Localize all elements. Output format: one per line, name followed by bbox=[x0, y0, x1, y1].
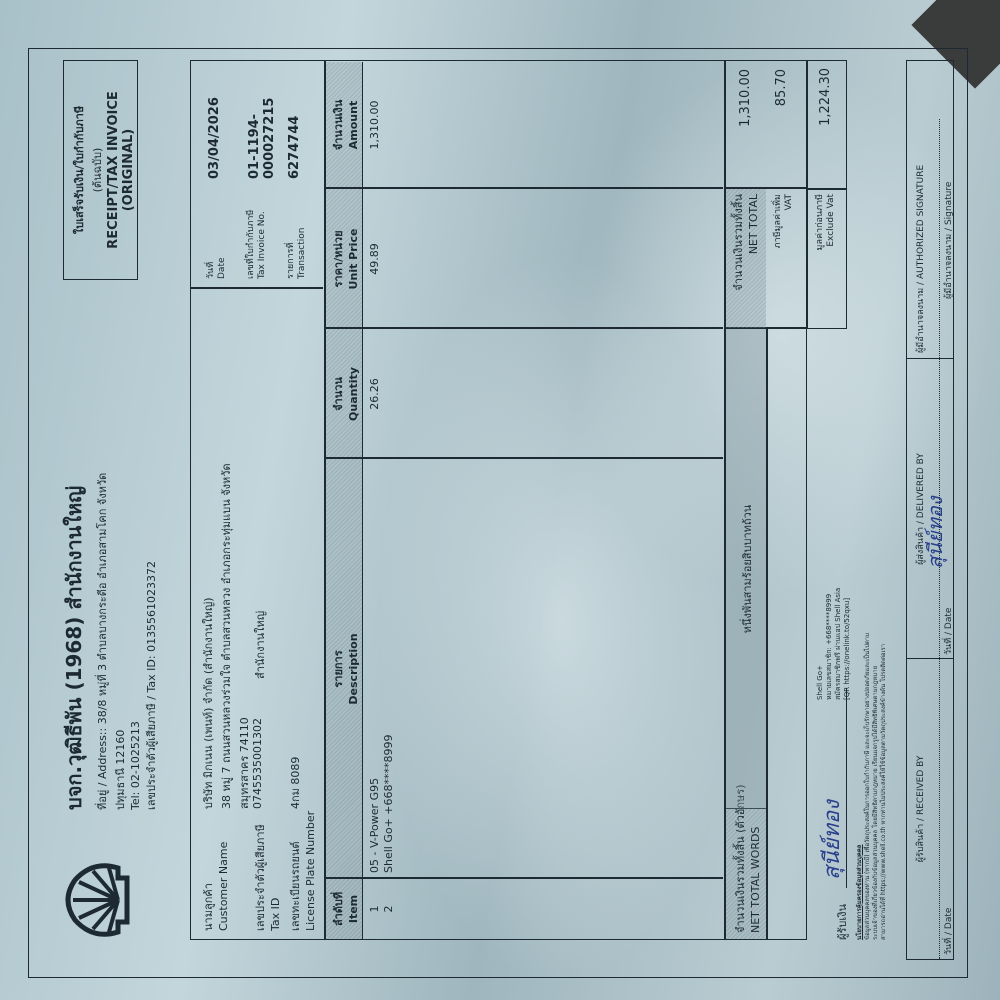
invoice-label-en: Tax Invoice No. bbox=[257, 210, 267, 279]
delivered-by-box: ผู้ส่งสินค้า / DELIVERED BY สุนีย์ทอง วั… bbox=[907, 358, 953, 659]
header-amount-th: จำนวนเงิน bbox=[329, 61, 347, 189]
txn-label-th: รายการที่ bbox=[283, 228, 297, 280]
cell-unit-price: 49.89 bbox=[368, 189, 381, 329]
authorized-label: ผู้มีอำนาจลงนาม / AUTHORIZED SIGNATURE bbox=[913, 165, 927, 353]
cell-item: 2 bbox=[382, 879, 395, 939]
cell-amount: 1,310.00 bbox=[368, 61, 381, 189]
date-value: 03/04/2026 bbox=[207, 97, 222, 179]
header-description-th: รายการ bbox=[329, 459, 347, 879]
doc-title-th: ใบเสร็จรับเงิน/ใบกำกับภาษี bbox=[70, 61, 88, 279]
customer-box: นามลูกค้า Customer Name บริษัท มิกเนน (เ… bbox=[190, 60, 325, 940]
exclude-vat-box: มูลค่าก่อนภาษี Exclude Vat 1,224.30 bbox=[807, 60, 847, 329]
privacy-notice: นโยบายการคุ้มครองข้อมูลส่วนบุคคล ข้อมูลส… bbox=[856, 60, 888, 940]
txn-label-en: Transaction bbox=[297, 228, 307, 280]
plate-label-th: เลขทะเบียนรถยนต์ bbox=[286, 801, 304, 931]
shell-logo-icon bbox=[63, 860, 133, 940]
privacy-text: ระบบเจ้าของที่เกี่ยวข้องกับข้อมูลส่วนบุค… bbox=[872, 60, 880, 940]
plate-label-en: License Plate Number bbox=[304, 801, 317, 931]
received-date-label: วันที่ / Date bbox=[941, 908, 955, 955]
excl-value: 1,224.30 bbox=[818, 68, 833, 188]
header-unit-price-th: ราคา/หน่วย bbox=[329, 189, 347, 329]
receiver-signature: สุนีย์ทอง bbox=[814, 800, 849, 880]
header-item-th: ลำดับที่ bbox=[329, 879, 347, 939]
company-province: ปทุมธานี 12160 bbox=[111, 250, 129, 810]
customer-name-value: บริษัท มิกเนน (เพนท์) จำกัด (สำนักงานใหญ… bbox=[199, 249, 217, 809]
privacy-title: นโยบายการคุ้มครองข้อมูลส่วนบุคคล bbox=[856, 60, 864, 940]
customer-taxid-label-th: เลขประจำตัวผู้เสียภาษี bbox=[251, 811, 269, 931]
excl-label-th: มูลค่าก่อนภาษี bbox=[812, 194, 826, 324]
privacy-text: ข้อมูลส่วนบุคคลของท่าน (หากมี) เพื่อวัตถ… bbox=[864, 60, 872, 940]
net-label-en: NET TOTAL bbox=[747, 194, 760, 324]
header-quantity-th: จำนวน bbox=[329, 329, 347, 459]
doc-title-en: RECEIPT/TAX INVOICE bbox=[106, 61, 121, 279]
words-value: หนึ่งพันสามร้อยสิบบาทถ้วน bbox=[738, 329, 756, 809]
header-quantity-en: Quantity bbox=[347, 329, 360, 459]
customer-branch-value: สำนักงานใหญ่ bbox=[251, 611, 269, 679]
date-label-th: วันที่ bbox=[203, 257, 217, 279]
received-by-box: ผู้รับสินค้า / RECEIVED BY วันที่ / Date bbox=[907, 658, 953, 959]
cell-quantity: 26.26 bbox=[368, 329, 381, 459]
company-address: ที่อยู่ / Address:: 38/8 หมู่ที่ 3 ตำบลบ… bbox=[93, 250, 111, 810]
receiver-label: ผู้รับเงิน bbox=[833, 904, 851, 940]
receipt-sheet: บจก.วุฒิธีพัน (1968) สำนักงานใหญ่ ที่อยู… bbox=[18, 40, 978, 1000]
vat-label-th: ภาษีมูลค่าเพิ่ม bbox=[770, 194, 784, 324]
col-divider bbox=[326, 188, 723, 190]
shell-go-title: Shell Go+ bbox=[816, 588, 825, 700]
shell-go-info: Shell Go+ หมายเลขสมาชิก: +668****8999 สม… bbox=[816, 588, 852, 700]
company-tax-id: เลขประจำตัวผู้เสียภาษี / Tax ID: 0135561… bbox=[142, 250, 160, 810]
customer-name-label-th: นามลูกค้า bbox=[199, 821, 217, 931]
vat-label-en: VAT bbox=[784, 194, 794, 324]
header-unit-price-en: Unit Price bbox=[347, 189, 360, 329]
authorized-box: ผู้มีอำนาจลงนาม / AUTHORIZED SIGNATURE ผ… bbox=[907, 61, 953, 359]
date-label-en: Date bbox=[217, 257, 227, 279]
delivered-signature: สุนีย์ทอง bbox=[919, 496, 951, 569]
signature-section: ผู้รับสินค้า / RECEIVED BY วันที่ / Date… bbox=[906, 60, 954, 960]
customer-address-value: 38 หมู่ 7 ถนนสวนหลวงร่วมใจ ตำบลสวนหลวง อ… bbox=[217, 249, 235, 809]
header-amount-en: Amount bbox=[347, 61, 360, 189]
cell-item: 1 bbox=[368, 879, 381, 939]
plate-value: 4กม 8089 bbox=[286, 757, 304, 809]
delivered-date-label: วันที่ / Date bbox=[941, 608, 955, 655]
company-name: บจก.วุฒิธีพัน (1968) สำนักงานใหญ่ bbox=[58, 250, 90, 810]
customer-taxid-value: 0745535001302 bbox=[251, 718, 264, 809]
doc-title-box: ใบเสร็จรับเงิน/ใบกำกับภาษี (ต้นฉบับ) REC… bbox=[63, 60, 138, 280]
customer-name-label-en: Customer Name bbox=[217, 821, 230, 931]
customer-divider bbox=[191, 288, 323, 290]
privacy-text: สามารถอ่านได้ที่ https://www.shell.co.th… bbox=[880, 60, 888, 940]
company-info: บจก.วุฒิธีพัน (1968) สำนักงานใหญ่ ที่อยู… bbox=[58, 250, 160, 810]
net-label-th: จำนวนเงินรวมทั้งสิ้น bbox=[729, 194, 747, 324]
company-tel: Tel: 02-1025213 bbox=[129, 250, 142, 810]
doc-title-en-sub: (ORIGINAL) bbox=[121, 61, 136, 279]
invoice-value: 01-1194-000027215 bbox=[247, 61, 277, 179]
excl-label-en: Exclude Vat bbox=[826, 194, 836, 324]
authorized-signature-label: ผู้มีอำนาจลงนาม / Signature bbox=[941, 182, 955, 299]
totals-section: จำนวนเงินรวมทั้งสิ้น (ตัวอักษร) NET TOTA… bbox=[725, 60, 807, 940]
header-item-en: Item bbox=[347, 879, 360, 939]
cell-description: 05 - V-Power G95 bbox=[368, 463, 381, 873]
shell-go-qr-link: [QR https://onelink.to/52qxu] bbox=[843, 588, 852, 700]
received-by-label: ผู้รับสินค้า / RECEIVED BY bbox=[913, 659, 927, 959]
doc-title-th-sub: (ต้นฉบับ) bbox=[88, 61, 106, 279]
cell-description: Shell Go+ +668****8999 bbox=[382, 463, 395, 873]
txn-value: 6274744 bbox=[287, 116, 302, 179]
col-divider bbox=[326, 458, 723, 460]
invoice-label-th: เลขที่ใบกำกับภาษี bbox=[243, 210, 257, 279]
shell-go-signup: สมัครสมาชิกฟรี ผ่านแอป Shell Asia bbox=[834, 588, 843, 700]
customer-taxid-label-en: Tax ID bbox=[269, 811, 282, 931]
col-divider bbox=[326, 328, 723, 330]
net-total-value: 1,310.00 bbox=[738, 69, 753, 189]
header-description-en: Description bbox=[347, 459, 360, 879]
items-table: ลำดับที่ Item รายการ Description จำนวน Q… bbox=[325, 60, 725, 940]
vat-value: 85.70 bbox=[774, 69, 789, 189]
shell-go-member: หมายเลขสมาชิก: +668****8999 bbox=[825, 588, 834, 700]
